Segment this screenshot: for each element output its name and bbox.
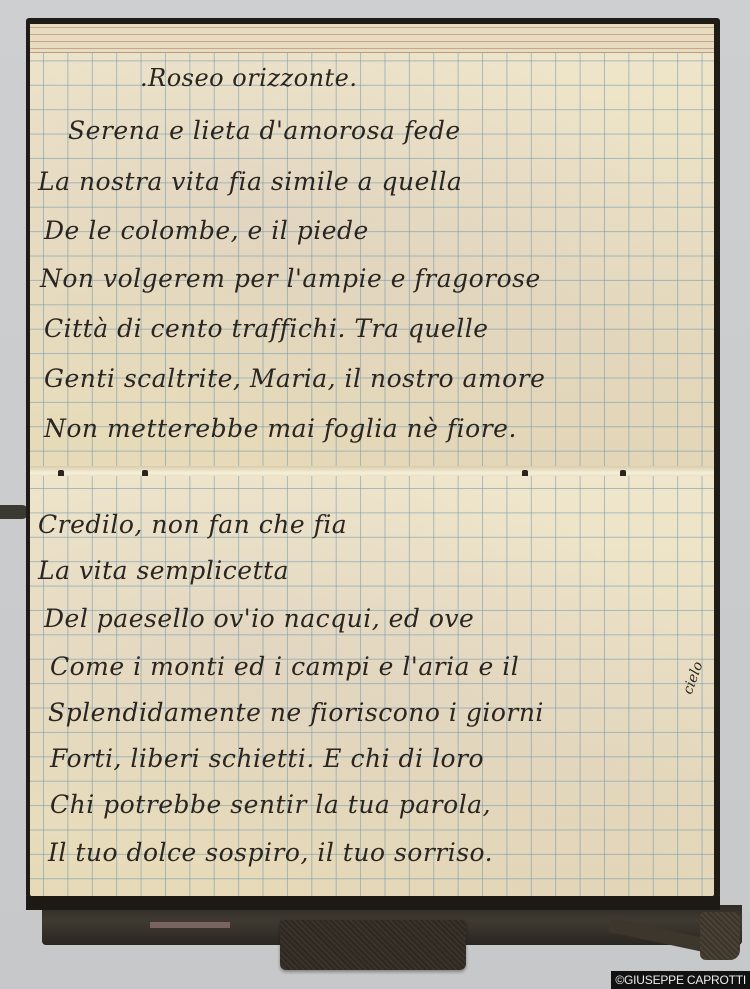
- poem-line: Non volgerem per l'ampie e fragorose: [40, 264, 541, 293]
- poem-line: Chi potrebbe sentir la tua parola,: [50, 790, 491, 819]
- poem-line: Del paesello ov'io nacqui, ed ove: [44, 604, 474, 633]
- strap-tail: [700, 912, 740, 960]
- margin-note: cielo: [680, 660, 706, 697]
- poem-line: Forti, liberi schietti. E chi di loro: [50, 744, 484, 773]
- poem-line: La vita semplicetta: [38, 556, 289, 585]
- poem-line: Non metterebbe mai foglia nè fiore.: [44, 414, 517, 443]
- cover-label: [150, 922, 230, 928]
- poem-line: Il tuo dolce sospiro, il tuo sorriso.: [48, 838, 493, 867]
- poem-line: De le colombe, e il piede: [44, 216, 369, 245]
- notebook: .Roseo orizzonte. Serena e lieta d'amoro…: [26, 18, 720, 898]
- cover-edge: [26, 896, 720, 910]
- bottom-page: Credilo, non fan che fia La vita semplic…: [30, 476, 714, 896]
- poem-title: .Roseo orizzonte.: [140, 64, 358, 92]
- poem-line: Splendidamente ne fioriscono i giorni: [48, 698, 544, 727]
- poem-line: Genti scaltrite, Maria, il nostro amore: [44, 364, 545, 393]
- strap-left-end: [0, 505, 28, 519]
- top-page: .Roseo orizzonte. Serena e lieta d'amoro…: [30, 24, 714, 472]
- photo-credit: ©GIUSEPPE CAPROTTI: [611, 971, 750, 989]
- poem-line: La nostra vita fia simile a quella: [38, 167, 462, 196]
- poem-line: Serena e lieta d'amorosa fede: [68, 116, 461, 145]
- poem-line: Come i monti ed i campi e l'aria e il: [50, 652, 519, 681]
- poem-line: Credilo, non fan che fia: [38, 510, 347, 539]
- strap-loop: [280, 920, 466, 970]
- poem-line: Città di cento traffichi. Tra quelle: [44, 314, 489, 343]
- page-edge-stack: [30, 24, 714, 53]
